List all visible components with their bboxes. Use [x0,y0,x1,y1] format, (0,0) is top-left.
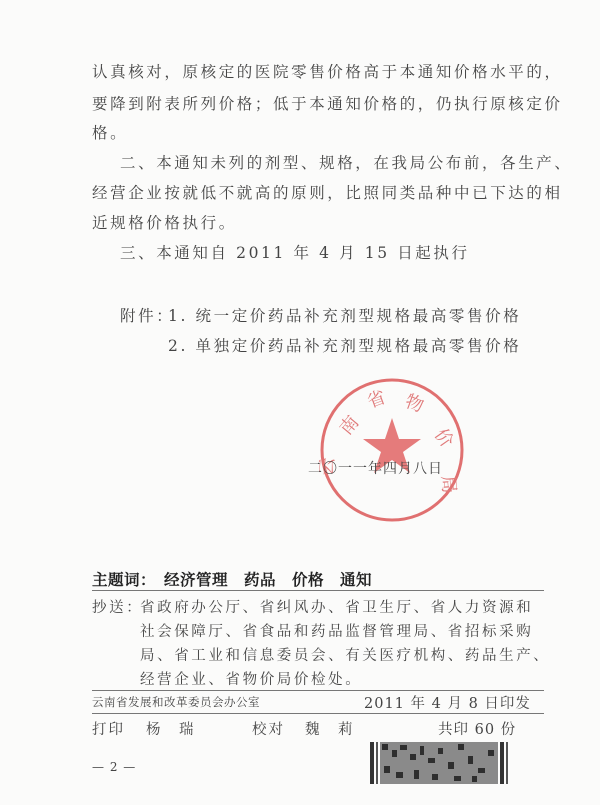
cc-line: 社会保障厅、省食品和药品监督管理局、省招标采购 [140,620,533,641]
page-number: — 2 — [92,760,136,774]
issuer: 云南省发展和改革委员会办公室 [92,694,260,710]
body-text-line: 近规格价格执行。 [92,211,237,233]
proof-name: 魏 莉 [305,718,355,739]
keywords: 经济管理 药品 价格 通知 [164,568,372,590]
divider [92,690,544,691]
print-label: 打印 [92,718,125,739]
divider [92,590,544,591]
body-text-line: 二、本通知未列的剂型、规格，在我局公布前，各生产、 [120,151,573,173]
svg-text:南: 南 [335,411,363,439]
keywords-label: 主题词： [92,568,156,590]
svg-text:省: 省 [365,387,389,413]
effective-date-clause: 三、本通知自 2011 年 4 月 15 日起执行 [120,241,470,263]
cc-label: 抄送： [92,596,143,617]
cc-line: 经营企业、省物价局价检处。 [140,668,362,689]
proof-label: 校对 [252,718,285,739]
official-seal-icon: 南 省 物 价 局 云 [318,376,466,524]
svg-text:物: 物 [402,391,426,417]
barcode-icon [370,742,512,784]
body-text-line: 要降到附表所列价格；低于本通知价格的，仍执行原核定价 [92,92,563,114]
svg-text:价: 价 [430,425,458,452]
cc-line: 省政府办公厅、省纠风办、省卫生厅、省人力资源和 [140,596,533,617]
divider [92,713,544,714]
body-text-line: 认真核对，原核定的医院零售价格高于本通知价格水平的， [92,60,563,82]
issue-date: 2011 年 4 月 8 日印发 [364,692,531,713]
attachment-label: 附件： [120,304,174,326]
body-text-line: 经营企业按就低不就高的原则，比照同类品种中已下达的相 [92,181,563,203]
copies-count: 共印 60 份 [438,718,516,739]
signature-date: 二〇一一年四月八日 [308,458,443,478]
print-name: 杨 瑞 [146,718,196,739]
body-text-line: 格。 [92,121,128,143]
attachment-item: 1. 统一定价药品补充剂型规格最高零售价格 [168,304,521,326]
cc-line: 局、省工业和信息委员会、有关医疗机构、药品生产、 [140,644,550,665]
attachment-item: 2. 单独定价药品补充剂型规格最高零售价格 [168,334,521,356]
